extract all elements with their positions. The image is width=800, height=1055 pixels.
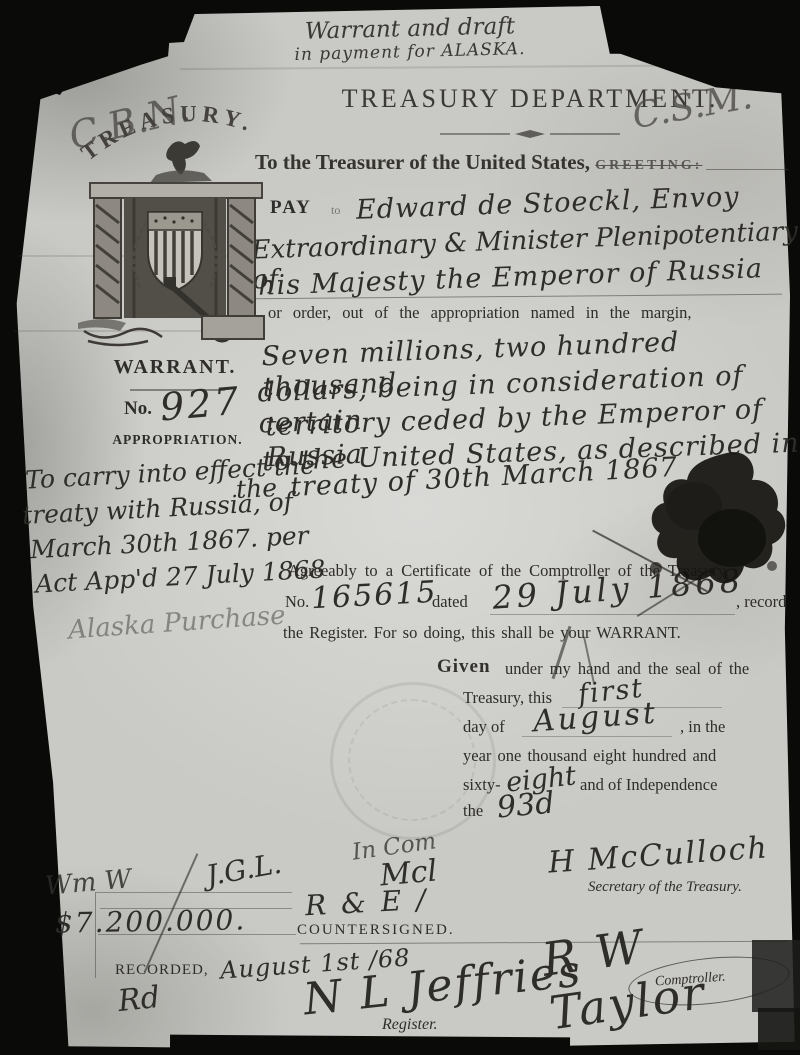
salutation: To the Treasurer of the United States, G… xyxy=(255,150,702,175)
bracket-line xyxy=(96,892,292,893)
ink-blot xyxy=(632,448,792,594)
pay-to-word: to xyxy=(331,203,340,218)
certificate-number-value: 165615 xyxy=(310,575,438,617)
certificate-line3: the Register. For so doing, this shall b… xyxy=(283,623,681,643)
warrant-number-label: No. xyxy=(124,398,152,420)
certificate-dated-label: dated xyxy=(432,592,468,612)
attestation-line3-post: , in the xyxy=(680,717,725,737)
eagle-icon xyxy=(166,141,200,175)
photograph-of-warrant: Warrant and draft in payment for ALASKA.… xyxy=(0,0,800,1055)
ornamental-divider xyxy=(440,128,620,140)
register-label: Register. xyxy=(382,1016,438,1034)
warrant-label: WARRANT. xyxy=(95,356,255,379)
photo-edge-shadow xyxy=(170,1035,570,1055)
appropriation-label: APPROPRIATION. xyxy=(90,432,265,448)
warrant-number-value: 927 xyxy=(158,379,243,430)
clerk-notation: R & E / xyxy=(304,883,429,922)
embossed-seal-inner xyxy=(348,699,476,821)
greeting-dash xyxy=(706,169,788,170)
countersigned-label: COUNTERSIGNED. xyxy=(297,922,455,939)
order-clause: or order, out of the appropriation named… xyxy=(268,303,783,323)
amount-figures: $7.200.000. xyxy=(55,903,247,939)
fill-line xyxy=(522,736,672,737)
recorded-label: RECORDED, xyxy=(115,962,209,979)
certificate-record-text: , record xyxy=(736,592,786,612)
attestation-line4: year one thousand eight hundred and xyxy=(463,746,716,766)
treasury-vignette: TREASURY. xyxy=(68,85,286,350)
attestation-line3-pre: day of xyxy=(463,717,505,737)
greeting-word: GREETING: xyxy=(595,158,702,173)
given-word: Given xyxy=(437,656,491,678)
photo-dark-patch xyxy=(752,940,800,1012)
independence-year: 93d xyxy=(496,786,556,826)
rd-notation: Rd xyxy=(116,980,161,1019)
photo-dark-patch xyxy=(758,1008,800,1050)
attestation-line6-pre: the xyxy=(463,801,483,821)
secretary-label: Secretary of the Treasury. xyxy=(588,879,742,896)
certificate-number-label: No. xyxy=(285,592,309,612)
attestation-line5-post: and of Independence xyxy=(580,775,717,795)
salutation-text: To the Treasurer of the United States, xyxy=(255,150,590,174)
